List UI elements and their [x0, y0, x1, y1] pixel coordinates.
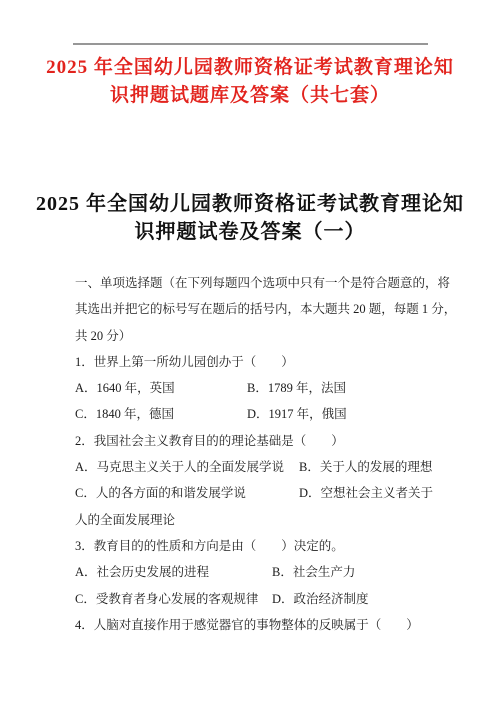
option-label: A．马克思主义关于人的全面发展学说 — [75, 457, 299, 483]
option-label: D．1917 年，俄国 — [247, 404, 347, 430]
intro-line-2: 其选出并把它的标号写在题后的括号内，本大题共 20 题，每题 1 分， — [75, 299, 450, 325]
option-label: C．1840 年，德国 — [75, 404, 247, 430]
question-1-option-row-2: C．1840 年，德国D．1917 年，俄国 — [75, 404, 450, 430]
question-2-option-row-2: C．人的各方面的和谐发展学说D．空想社会主义者关于 — [75, 483, 450, 509]
question-4-stem: 4．人脑对直接作用于感觉器官的事物整体的反映属于（ ） — [75, 615, 450, 641]
document-title-line-2: 识押题试题库及答案（共七套） — [0, 82, 500, 110]
option-label: C．受教育者身心发展的客观规律 — [75, 589, 272, 615]
question-1-option-row-1: A．1640 年，英国B．1789 年，法国 — [75, 378, 450, 404]
section-title-line-1: 2025 年全国幼儿园教师资格证考试教育理论知 — [0, 190, 500, 218]
option-label: D．空想社会主义者关于 — [299, 483, 433, 509]
document-title: 2025 年全国幼儿园教师资格证考试教育理论知 识押题试题库及答案（共七套） — [0, 54, 500, 110]
option-label: B．关于人的发展的理想 — [299, 457, 432, 483]
option-label: A．社会历史发展的进程 — [75, 562, 272, 588]
exam-body: 一、单项选择题（在下列每题四个选项中只有一个是符合题意的，将其选出并把它的标号写… — [75, 273, 450, 641]
section-title: 2025 年全国幼儿园教师资格证考试教育理论知 识押题试卷及答案（一） — [0, 190, 500, 246]
section-title-line-2: 识押题试卷及答案（一） — [0, 218, 500, 246]
header-rule — [73, 43, 428, 45]
document-title-line-1: 2025 年全国幼儿园教师资格证考试教育理论知 — [0, 54, 500, 82]
option-label: B．社会生产力 — [272, 562, 355, 588]
question-1-stem: 1．世界上第一所幼儿园创办于（ ） — [75, 352, 450, 378]
question-2-stem: 2．我国社会主义教育目的的理论基础是（ ） — [75, 431, 450, 457]
option-label: D．政治经济制度 — [272, 589, 369, 615]
option-label: A．1640 年，英国 — [75, 378, 247, 404]
intro-line-1: 一、单项选择题（在下列每题四个选项中只有一个是符合题意的，将 — [75, 273, 450, 299]
question-2-option-continuation: 人的全面发展理论 — [75, 510, 450, 536]
option-label: B．1789 年，法国 — [247, 378, 346, 404]
question-2-option-row-1: A．马克思主义关于人的全面发展学说B．关于人的发展的理想 — [75, 457, 450, 483]
question-3-stem: 3．教育目的的性质和方向是由（ ）决定的。 — [75, 536, 450, 562]
document-page: 2025 年全国幼儿园教师资格证考试教育理论知 识押题试题库及答案（共七套） 2… — [0, 0, 500, 708]
question-3-option-row-1: A．社会历史发展的进程B．社会生产力 — [75, 562, 450, 588]
option-label: C．人的各方面的和谐发展学说 — [75, 483, 299, 509]
question-3-option-row-2: C．受教育者身心发展的客观规律D．政治经济制度 — [75, 589, 450, 615]
intro-line-3: 共 20 分） — [75, 326, 450, 352]
